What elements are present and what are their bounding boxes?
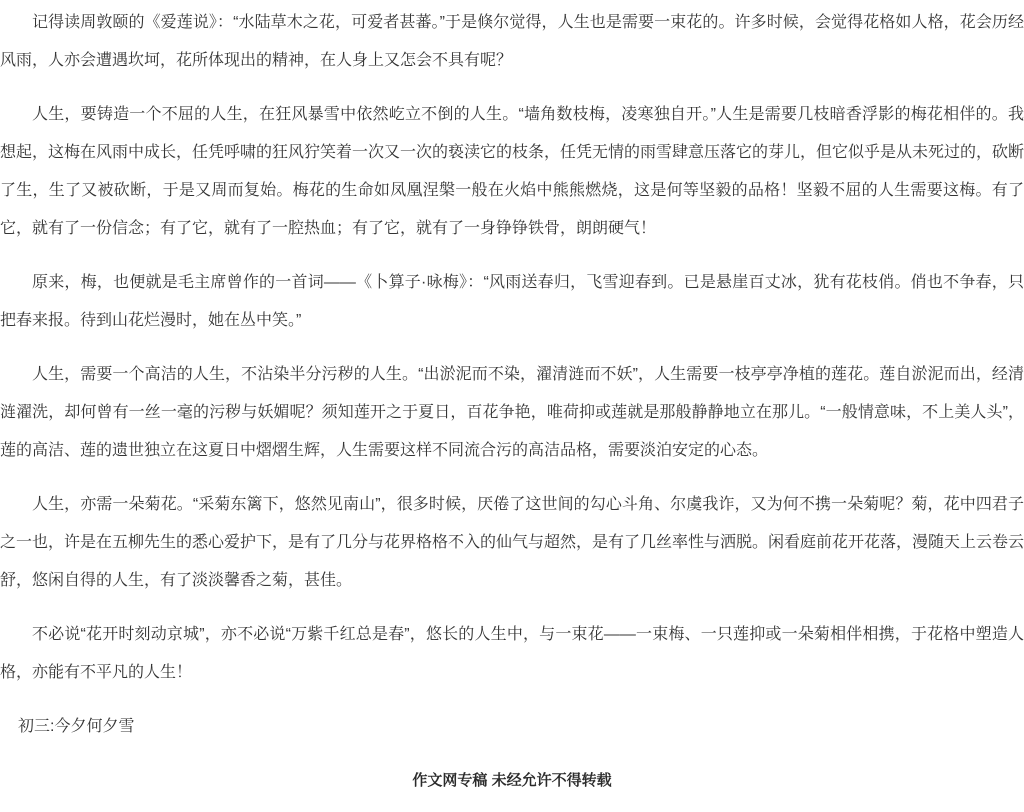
- essay-paragraph-1: 记得读周敦颐的《爱莲说》：“水陆草木之花，可爱者甚蕃。”于是倏尔觉得，人生也是需…: [0, 4, 1024, 80]
- essay-paragraph-4: 人生，需要一个高洁的人生，不沾染半分污秽的人生。“出淤泥而不染，濯清涟而不妖”，…: [0, 356, 1024, 470]
- copyright-notice: 作文网专稿 未经允许不得转载: [0, 762, 1024, 800]
- author-line: 初三:今夕何夕雪: [0, 708, 1024, 746]
- essay-paragraph-5: 人生，亦需一朵菊花。“采菊东篱下，悠然见南山”，很多时候，厌倦了这世间的勾心斗角…: [0, 486, 1024, 600]
- essay-paragraph-3: 原来，梅，也便就是毛主席曾作的一首词——《卜算子·咏梅》：“风雨送春归，飞雪迎春…: [0, 264, 1024, 340]
- essay-paragraph-6: 不必说“花开时刻动京城”，亦不必说“万紫千红总是春”，悠长的人生中，与一束花——…: [0, 616, 1024, 692]
- essay-page: 记得读周敦颐的《爱莲说》：“水陆草木之花，可爱者甚蕃。”于是倏尔觉得，人生也是需…: [0, 0, 1024, 812]
- essay-paragraph-2: 人生，要铸造一个不屈的人生，在狂风暴雪中依然屹立不倒的人生。“墙角数枝梅，凌寒独…: [0, 96, 1024, 248]
